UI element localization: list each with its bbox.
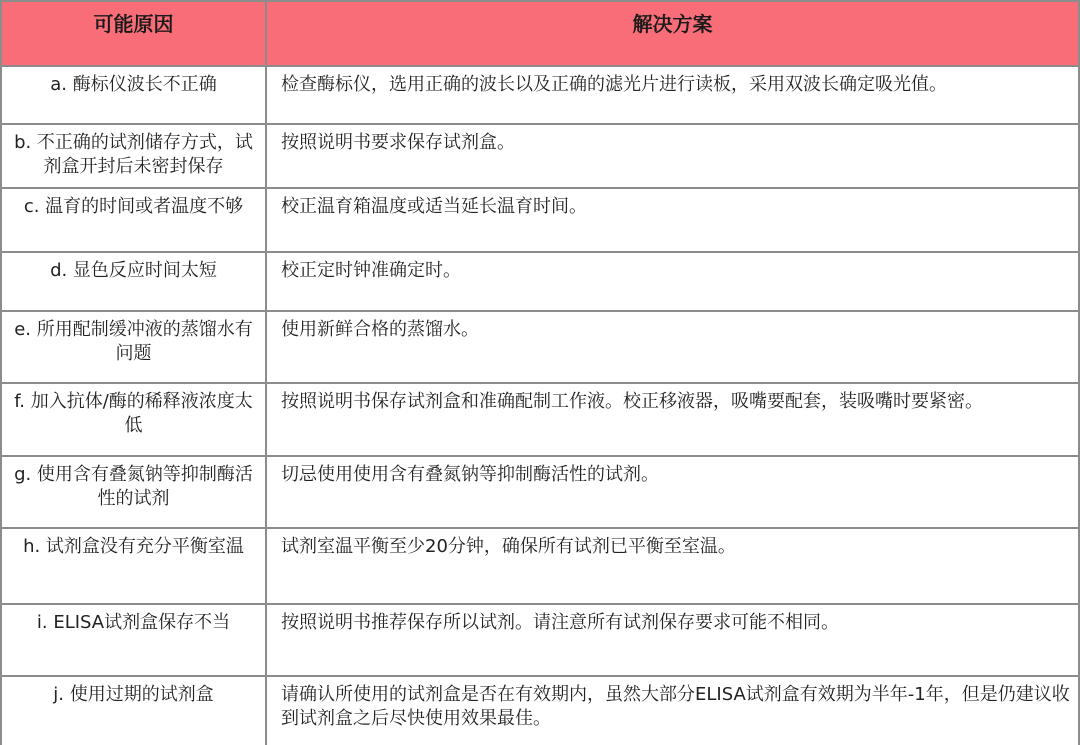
solution-cell: 检查酶标仪，选用正确的波长以及正确的滤光片进行读板，采用双波长确定吸光值。	[266, 66, 1079, 124]
cause-cell: i. ELISA试剂盒保存不当	[1, 604, 266, 676]
cause-cell: b. 不正确的试剂储存方式，试剂盒开封后未密封保存	[1, 124, 266, 188]
solution-cell: 切忌使用使用含有叠氮钠等抑制酶活性的试剂。	[266, 456, 1079, 528]
cause-cell: g. 使用含有叠氮钠等抑制酶活性的试剂	[1, 456, 266, 528]
table-row: e. 所用配制缓冲液的蒸馏水有问题 使用新鲜合格的蒸馏水。	[1, 311, 1079, 383]
header-cause: 可能原因	[1, 1, 266, 66]
cause-cell: f. 加入抗体/酶的稀释液浓度太低	[1, 383, 266, 456]
header-row: 可能原因 解决方案	[1, 1, 1079, 66]
table-row: g. 使用含有叠氮钠等抑制酶活性的试剂 切忌使用使用含有叠氮钠等抑制酶活性的试剂…	[1, 456, 1079, 528]
cause-cell: a. 酶标仪波长不正确	[1, 66, 266, 124]
table-row: b. 不正确的试剂储存方式，试剂盒开封后未密封保存 按照说明书要求保存试剂盒。	[1, 124, 1079, 188]
solution-cell: 校正温育箱温度或适当延长温育时间。	[266, 188, 1079, 252]
table-row: d. 显色反应时间太短 校正定时钟准确定时。	[1, 252, 1079, 311]
cause-cell: h. 试剂盒没有充分平衡室温	[1, 528, 266, 604]
table-row: h. 试剂盒没有充分平衡室温 试剂室温平衡至少20分钟，确保所有试剂已平衡至室温…	[1, 528, 1079, 604]
header-solution: 解决方案	[266, 1, 1079, 66]
cause-cell: d. 显色反应时间太短	[1, 252, 266, 311]
solution-cell: 试剂室温平衡至少20分钟，确保所有试剂已平衡至室温。	[266, 528, 1079, 604]
troubleshooting-table: 可能原因 解决方案 a. 酶标仪波长不正确 检查酶标仪，选用正确的波长以及正确的…	[0, 0, 1080, 745]
table-row: f. 加入抗体/酶的稀释液浓度太低 按照说明书保存试剂盒和准确配制工作液。校正移…	[1, 383, 1079, 456]
solution-cell: 请确认所使用的试剂盒是否在有效期内，虽然大部分ELISA试剂盒有效期为半年-1年…	[266, 676, 1079, 745]
table-row: c. 温育的时间或者温度不够 校正温育箱温度或适当延长温育时间。	[1, 188, 1079, 252]
solution-cell: 按照说明书推荐保存所以试剂。请注意所有试剂保存要求可能不相同。	[266, 604, 1079, 676]
solution-cell: 使用新鲜合格的蒸馏水。	[266, 311, 1079, 383]
solution-cell: 按照说明书要求保存试剂盒。	[266, 124, 1079, 188]
cause-cell: e. 所用配制缓冲液的蒸馏水有问题	[1, 311, 266, 383]
solution-cell: 校正定时钟准确定时。	[266, 252, 1079, 311]
solution-cell: 按照说明书保存试剂盒和准确配制工作液。校正移液器，吸嘴要配套，装吸嘴时要紧密。	[266, 383, 1079, 456]
table-row: a. 酶标仪波长不正确 检查酶标仪，选用正确的波长以及正确的滤光片进行读板，采用…	[1, 66, 1079, 124]
table-row: i. ELISA试剂盒保存不当 按照说明书推荐保存所以试剂。请注意所有试剂保存要…	[1, 604, 1079, 676]
cause-cell: j. 使用过期的试剂盒	[1, 676, 266, 745]
cause-cell: c. 温育的时间或者温度不够	[1, 188, 266, 252]
table-row: j. 使用过期的试剂盒 请确认所使用的试剂盒是否在有效期内，虽然大部分ELISA…	[1, 676, 1079, 745]
